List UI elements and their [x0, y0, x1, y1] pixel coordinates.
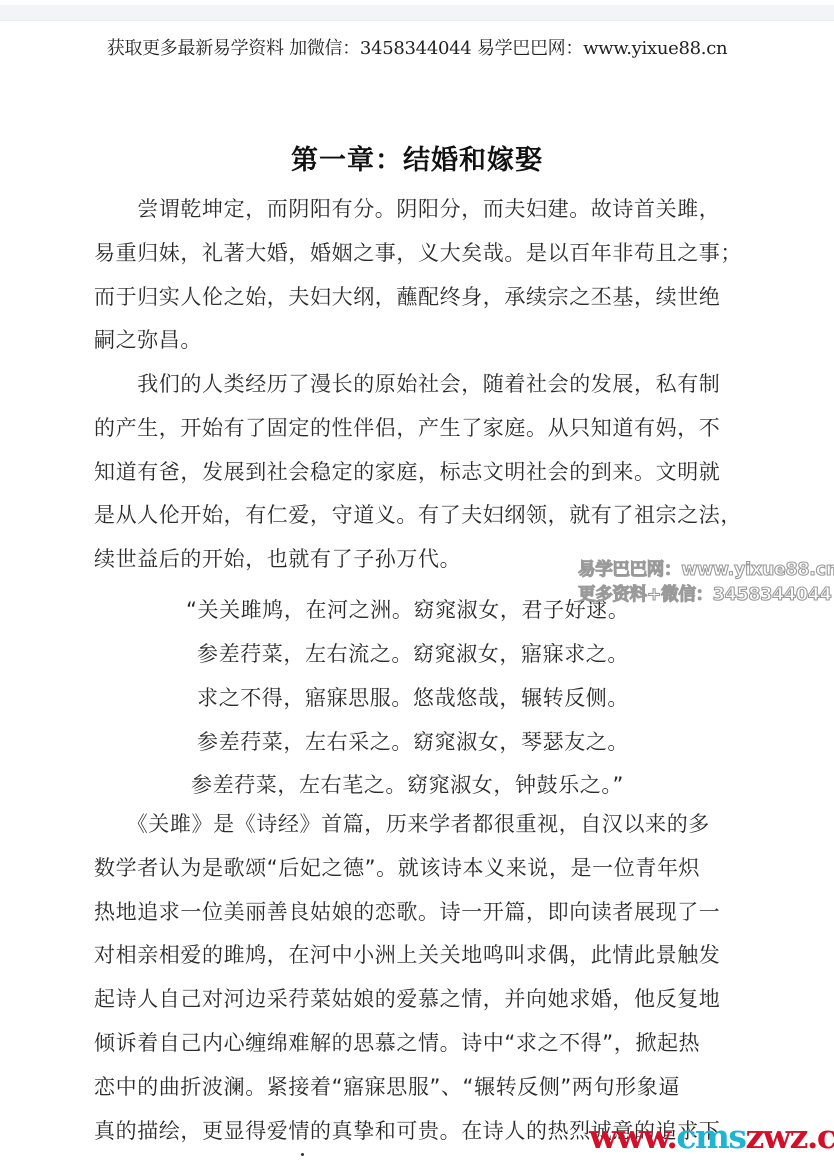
- paragraph-line: 对相亲相爱的雎鸠，在河中小洲上关关地鸣叫求偶，此情此景触发: [94, 934, 754, 978]
- chapter-title: 第一章：结婚和嫁娶: [0, 138, 834, 177]
- paragraph-line: 易重归妹，礼著大婚，婚姻之事，义大矣哉。是以百年非苟且之事；: [94, 232, 754, 276]
- paragraph-line: 尝谓乾坤定，而阴阳有分。阴阳分，而夫妇建。故诗首关雎，: [94, 188, 754, 232]
- watermark-site: 易学巴巴网：www.yixue88.cn: [578, 556, 834, 581]
- watermark-cmszwz: www.cmszwz.com: [589, 1120, 834, 1153]
- paragraph-line: 而于归实人伦之始，夫妇大纲，蘸配终身，承续宗之丕基，续世绝: [94, 276, 754, 320]
- paragraph-2: 我们的人类经历了漫长的原始社会，随着社会的发展，私有制 的产生，开始有了固定的性…: [94, 363, 754, 582]
- promo-header: 获取更多最新易学资料 加微信：3458344044 易学巴巴网：www.yixu…: [0, 34, 834, 60]
- paragraph-line: 我们的人类经历了漫长的原始社会，随着社会的发展，私有制: [94, 363, 754, 407]
- watermark-middle: cms: [676, 1117, 745, 1156]
- poem-line-3: 求之不得，寤寐思服。悠哉悠哉，辗转反侧。: [197, 682, 629, 712]
- watermark-prefix: www.: [589, 1117, 676, 1156]
- paragraph-line: 知道有爸，发展到社会稳定的家庭，标志文明社会的到来。文明就: [94, 451, 754, 495]
- top-toolbar-strip: [0, 5, 834, 21]
- poem-line-2: 参差荇菜，左右流之。窈窕淑女，寤寐求之。: [197, 638, 629, 668]
- paragraph-line: 热地追求一位美丽善良姑娘的恋歌。诗一开篇，即向读者展现了一: [94, 891, 754, 935]
- paragraph-line: 《关雎》是《诗经》首篇，历来学者都很重视，自汉以来的多: [94, 803, 754, 847]
- paragraph-line: 恋中的曲折波澜。紧接着“寤寐思服”、“辗转反侧”两句形象逼: [94, 1066, 754, 1110]
- poem-line-5: 参差荇菜，左右芼之。窈窕淑女，钟鼓乐之。”: [191, 769, 624, 799]
- stray-dot-mark: [301, 1153, 304, 1156]
- paragraph-3: 《关雎》是《诗经》首篇，历来学者都很重视，自汉以来的多 数学者认为是歌颂“后妃之…: [94, 803, 754, 1153]
- paragraph-line: 起诗人自己对河边采荇菜姑娘的爱慕之情，并向她求婚，他反复地: [94, 978, 754, 1022]
- poem-line-4: 参差荇菜，左右采之。窈窕淑女，琴瑟友之。: [197, 726, 629, 756]
- paragraph-line: 倾诉着自己内心缠绵难解的思慕之情。诗中“求之不得”，掀起热: [94, 1022, 754, 1066]
- paragraph-line: 嗣之弥昌。: [94, 319, 754, 363]
- poem-line-1: “关关雎鸠，在河之洲。窈窕淑女，君子好逑。: [186, 594, 629, 624]
- paragraph-line: 是从人伦开始，有仁爱，守道义。有了夫妇纲领，就有了祖宗之法，: [94, 494, 754, 538]
- watermark-suffix: zwz.com: [746, 1117, 834, 1156]
- watermark-contact: 更多资料+微信：3458344044: [578, 581, 832, 606]
- paragraph-line: 的产生，开始有了固定的性伴侣，产生了家庭。从只知道有妈，不: [94, 407, 754, 451]
- paragraph-1: 尝谓乾坤定，而阴阳有分。阴阳分，而夫妇建。故诗首关雎， 易重归妹，礼著大婚，婚姻…: [94, 188, 754, 363]
- paragraph-line: 数学者认为是歌颂“后妃之德”。就该诗本义来说，是一位青年炽: [94, 847, 754, 891]
